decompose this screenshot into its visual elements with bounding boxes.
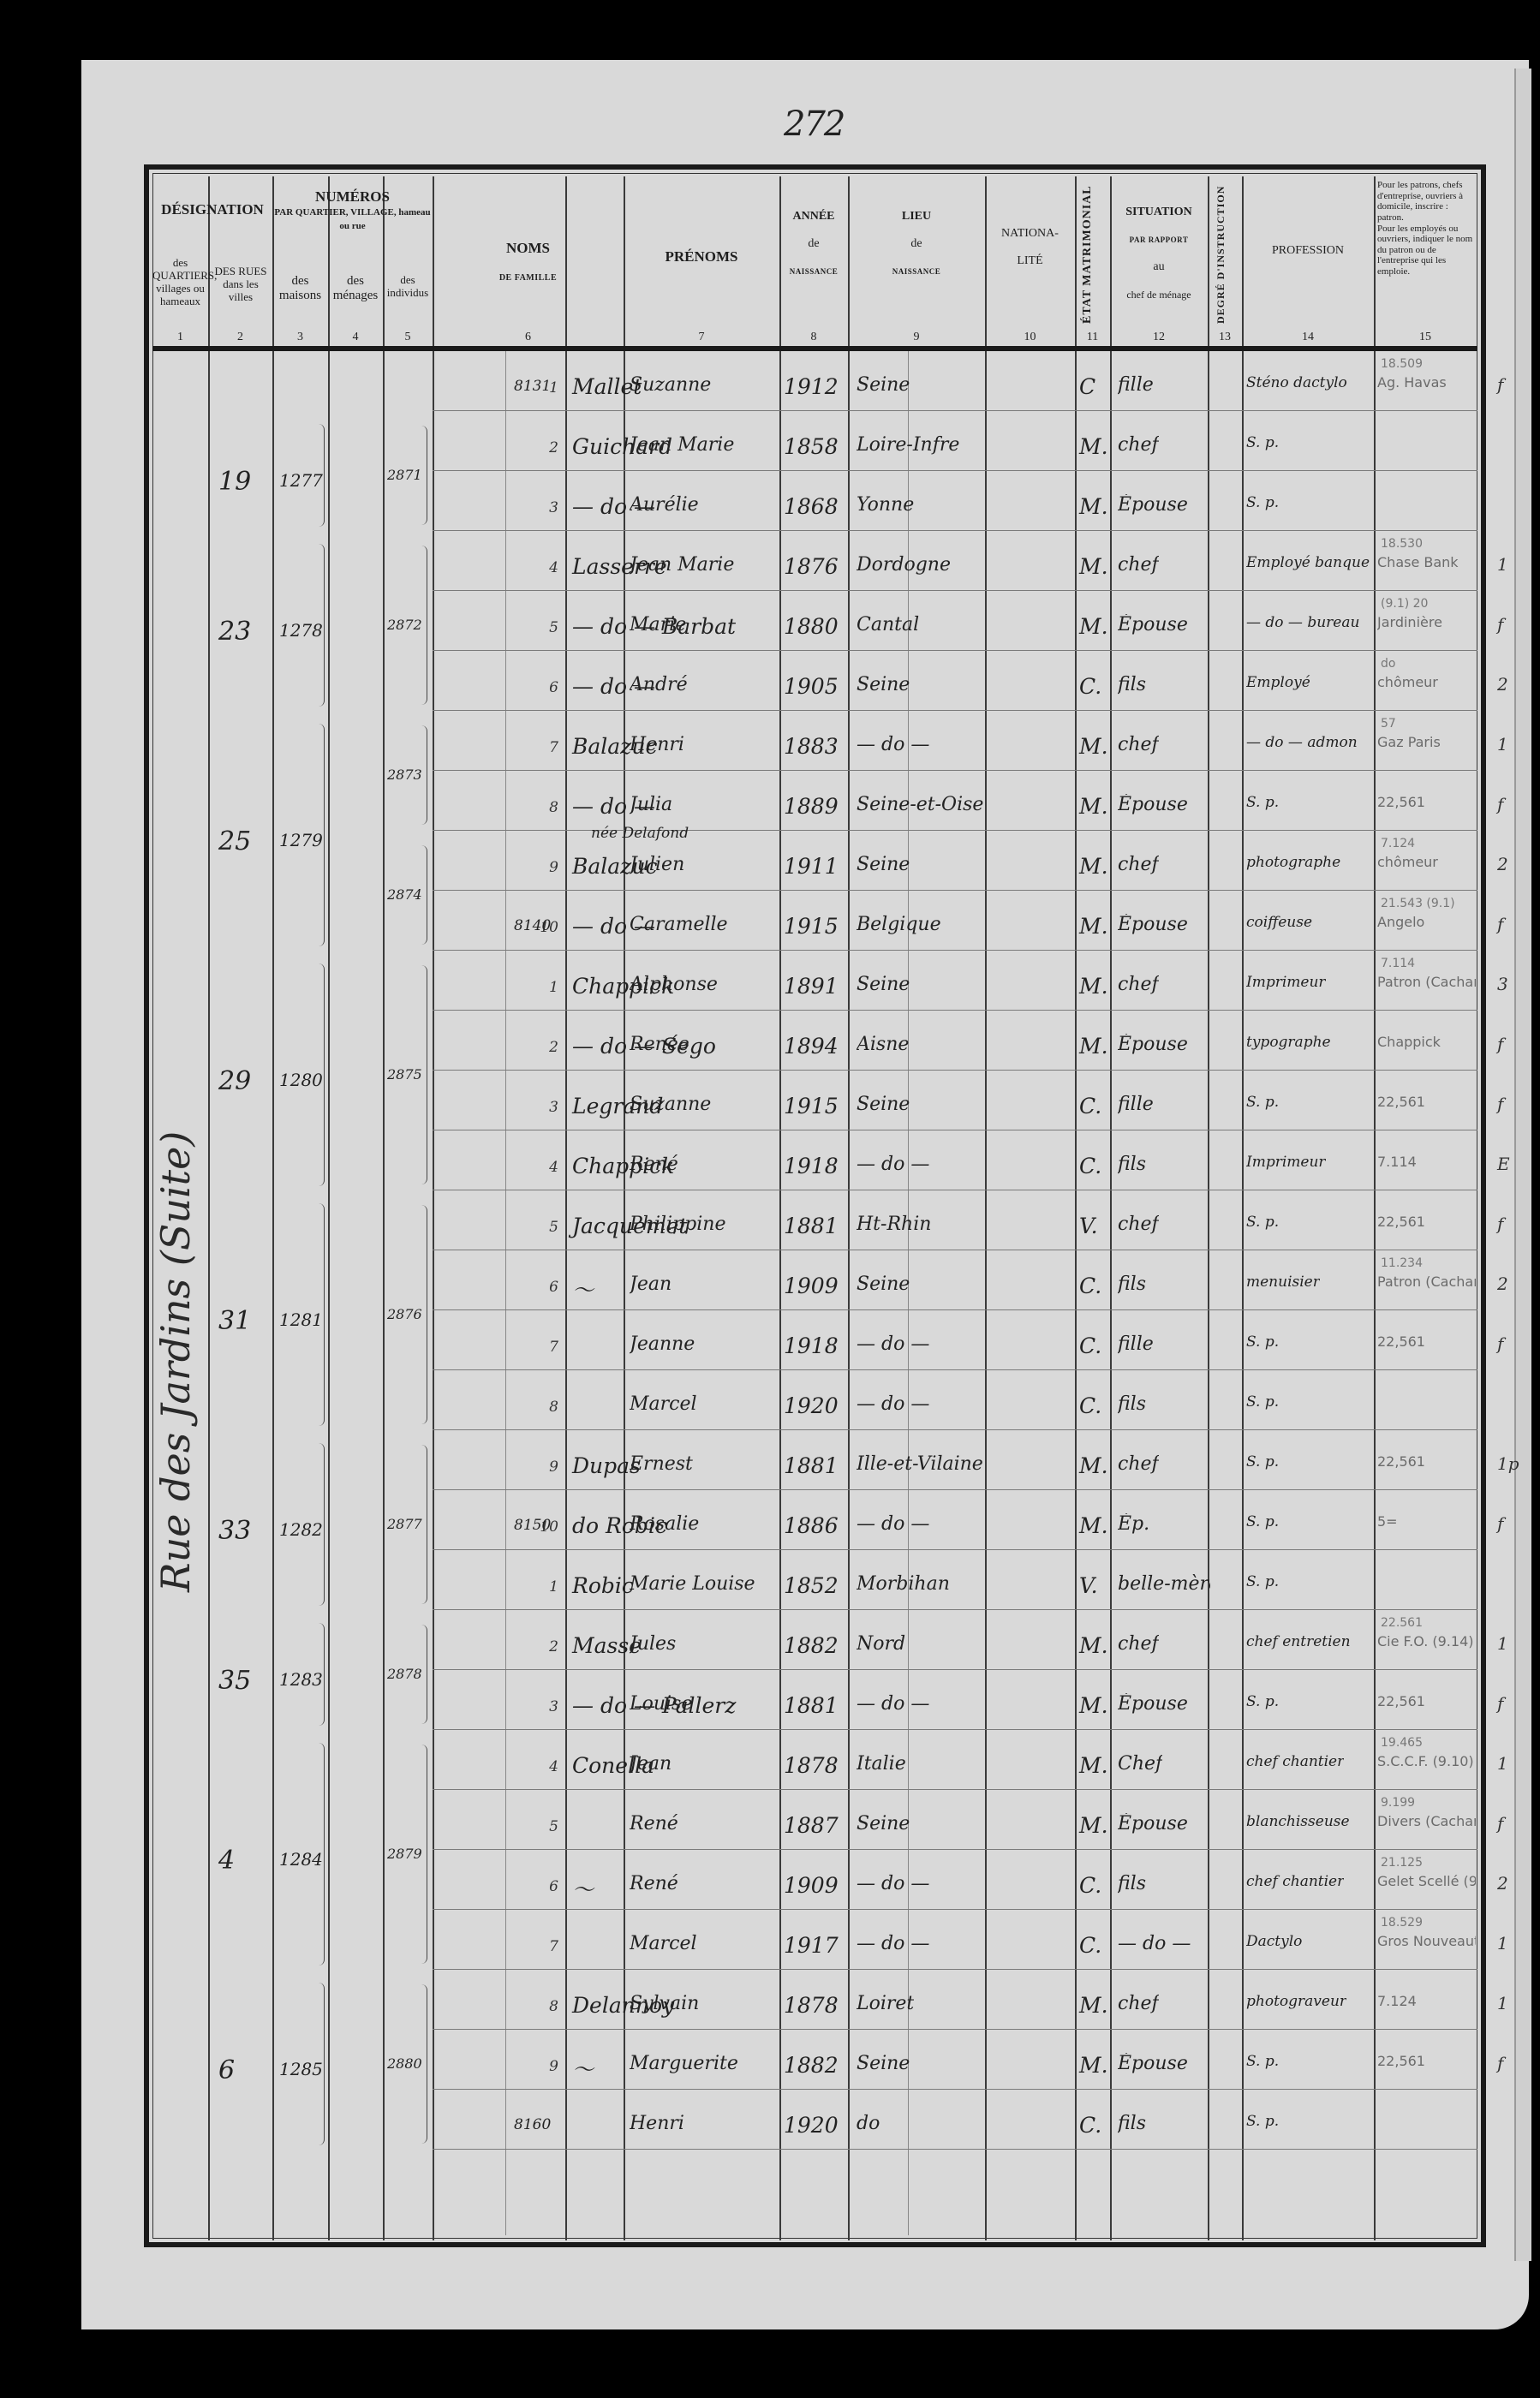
cell-nom: 〜 <box>572 1873 594 1904</box>
cell-situation: chef <box>1118 1214 1159 1235</box>
cell-lieu: — do — <box>857 734 929 755</box>
cell-prenom: Suzanne <box>630 374 711 396</box>
col-number: 10 <box>985 331 1075 344</box>
cell-situation: Épouse <box>1118 794 1188 815</box>
col-divider <box>1208 176 1209 2240</box>
cell-situation: chef <box>1118 1453 1159 1475</box>
cell-mark: 1p <box>1497 1453 1519 1474</box>
col-number: 3 <box>272 331 328 344</box>
cell-etat: C. <box>1079 1333 1101 1358</box>
cell-patron: Chase Bank <box>1377 554 1459 570</box>
house-number: 1281 <box>279 1309 323 1330</box>
cell-annee: 1909 <box>784 1873 839 1898</box>
cell-etat: C. <box>1079 1933 1101 1958</box>
household-number: 2872 <box>387 617 422 633</box>
row-rule <box>433 1369 1477 1370</box>
house-number: 1285 <box>279 2059 323 2079</box>
cell-mark: 1 <box>1497 1753 1508 1774</box>
col-number: 1 <box>152 331 208 344</box>
header-lieu: LIEUdeNAISSANCE <box>848 210 985 278</box>
household-number: 2873 <box>387 767 422 783</box>
cell-situation: chef <box>1118 974 1159 995</box>
col-divider <box>1242 176 1244 2240</box>
cell-lieu: Seine <box>857 374 910 396</box>
cell-situation: fils <box>1118 2113 1146 2134</box>
row-number: 5 <box>538 619 558 636</box>
household-number: 2880 <box>387 2055 422 2072</box>
cell-annee: 1887 <box>784 1813 839 1838</box>
house-brace <box>319 1203 325 1426</box>
cell-prenom: Jean <box>630 1753 672 1775</box>
cell-annee: 1917 <box>784 1933 839 1958</box>
cell-patron-code: 18.509 <box>1381 357 1423 371</box>
cell-patron: S.C.C.F. (9.10) <box>1377 1753 1474 1769</box>
cell-situation: Épouse <box>1118 1034 1188 1055</box>
cell-mark: 1 <box>1497 734 1508 755</box>
row-number: 7 <box>538 739 558 756</box>
row-number: 6 <box>538 1279 558 1296</box>
cell-annee: 1878 <box>784 1993 839 2018</box>
cell-prenom: René <box>630 1873 678 1894</box>
header-individus: des individus <box>383 274 433 300</box>
cell-situation: belle-mère <box>1118 1573 1210 1595</box>
cell-situation: chef <box>1118 554 1159 576</box>
street-number: 23 <box>218 617 251 647</box>
cell-mark: 2 <box>1497 1873 1508 1894</box>
cell-lieu: Ille-et-Vilaine <box>857 1453 983 1475</box>
household-number: 2879 <box>387 1846 422 1862</box>
row-rule <box>433 1609 1477 1610</box>
row-number: 5 <box>538 1219 558 1236</box>
cell-profession: S. p. <box>1246 1393 1279 1411</box>
cell-prenom: Caramelle <box>630 914 728 935</box>
cell-nom: Robic <box>572 1573 634 1598</box>
cell-etat: V. <box>1079 1214 1098 1238</box>
col-divider <box>565 176 567 2240</box>
cell-annee: 1918 <box>784 1154 839 1178</box>
col-divider <box>1374 176 1376 2240</box>
row-number: 9 <box>538 859 558 876</box>
row-number: 1 <box>538 1578 558 1596</box>
cell-profession: chef entretien <box>1246 1633 1351 1650</box>
house-brace <box>319 1623 325 1726</box>
cell-mark: f <box>1497 1214 1503 1234</box>
cell-situation: fils <box>1118 1274 1146 1295</box>
header-nationalite: NATIONA-LITÉ <box>985 227 1075 268</box>
cell-situation: fils <box>1118 1873 1146 1894</box>
row-rule <box>433 650 1477 651</box>
cell-lieu: Nord <box>857 1633 905 1655</box>
row-rule <box>433 1669 1477 1670</box>
cell-patron: 22,561 <box>1377 1453 1425 1470</box>
row-rule <box>433 770 1477 771</box>
row-rule <box>433 590 1477 591</box>
cell-lieu: — do — <box>857 1933 929 1954</box>
cell-lieu: — do — <box>857 1513 929 1535</box>
cell-mark: f <box>1497 794 1503 814</box>
cell-prenom: Aurélie <box>630 494 699 516</box>
col-number: 8 <box>779 331 848 344</box>
house-brace <box>319 424 325 527</box>
row-rule <box>433 2089 1477 2090</box>
cell-patron: Gelet Scellé (9.5) <box>1377 1873 1476 1889</box>
cell-prenom: Marguerite <box>630 2053 738 2074</box>
cell-annee: 1878 <box>784 1753 839 1778</box>
cell-lieu: Seine <box>857 1813 910 1834</box>
row-number: 9 <box>538 1458 558 1476</box>
household-brace <box>421 725 427 825</box>
cell-profession: coiffeuse <box>1246 914 1312 931</box>
house-number: 1283 <box>279 1669 323 1690</box>
cell-etat: M. <box>1079 1753 1108 1778</box>
cell-etat: M. <box>1079 794 1108 819</box>
cell-annee: 1918 <box>784 1333 839 1358</box>
col-number: 15 <box>1374 331 1477 344</box>
cell-lieu: Ht-Rhin <box>857 1214 931 1235</box>
col-number: 6 <box>433 331 624 344</box>
house-number: 1280 <box>279 1070 323 1090</box>
house-number: 1278 <box>279 620 323 641</box>
col-number: 7 <box>624 331 779 344</box>
cell-mark: 2 <box>1497 1274 1508 1294</box>
cell-lieu: Yonne <box>857 494 914 516</box>
cell-prenom: Sylvain <box>630 1993 699 2014</box>
row-number: 4 <box>538 559 558 576</box>
col-number: 12 <box>1110 331 1208 344</box>
cell-prenom: Louise <box>630 1693 692 1715</box>
cell-prenom: Marcel <box>630 1393 697 1415</box>
individual-number: 8160 <box>514 2116 551 2133</box>
cell-etat: C. <box>1079 1274 1101 1298</box>
cell-annee: 1911 <box>784 854 839 879</box>
street-name: Rue des Jardins (Suite) <box>152 993 212 1730</box>
house-number: 1284 <box>279 1849 323 1870</box>
cell-etat: C. <box>1079 2113 1101 2138</box>
cell-lieu: Seine <box>857 1094 910 1115</box>
cell-mark: f <box>1497 1513 1503 1534</box>
household-number: 2874 <box>387 886 422 903</box>
cell-etat: M. <box>1079 914 1108 939</box>
cell-etat: C. <box>1079 674 1101 699</box>
cell-annee: 1881 <box>784 1453 839 1478</box>
row-number: 3 <box>538 1099 558 1116</box>
street-number: 4 <box>218 1846 235 1876</box>
cell-annee: 1909 <box>784 1274 839 1298</box>
cell-profession: blanchisseuse <box>1246 1813 1350 1830</box>
house-brace <box>319 724 325 946</box>
household-number: 2875 <box>387 1066 422 1083</box>
row-rule <box>433 830 1477 831</box>
cell-prenom: Julia <box>630 794 672 815</box>
row-number: 4 <box>538 1758 558 1775</box>
cell-patron: 22,561 <box>1377 1333 1425 1350</box>
col-number: 4 <box>328 331 383 344</box>
cell-mark: f <box>1497 1333 1503 1354</box>
row-rule <box>433 530 1477 531</box>
cell-patron: 22,561 <box>1377 2053 1425 2069</box>
row-number: 6 <box>538 1878 558 1895</box>
cell-etat: V. <box>1079 1573 1098 1598</box>
household-brace <box>421 1625 427 1724</box>
row-rule <box>433 1250 1477 1250</box>
row-number: 5 <box>538 1818 558 1835</box>
household-number: 2878 <box>387 1666 422 1682</box>
cell-patron-code: 18.530 <box>1381 537 1423 551</box>
cell-etat: M. <box>1079 614 1108 639</box>
cell-patron-code: 19.465 <box>1381 1736 1423 1750</box>
street-number: 6 <box>218 2055 235 2085</box>
header-etat-matrimonial: ÉTAT MATRIMONIAL <box>1081 182 1095 327</box>
cell-prenom: René <box>630 1154 678 1175</box>
header-annee: ANNÉEdeNAISSANCE <box>779 210 848 278</box>
col-number: 14 <box>1242 331 1374 344</box>
col-divider <box>433 176 434 2240</box>
col-number: 13 <box>1208 331 1242 344</box>
cell-profession: photographe <box>1246 854 1340 871</box>
cell-profession: Employé banque <box>1246 554 1370 571</box>
cell-patron: 22,561 <box>1377 1094 1425 1110</box>
cell-situation: chef <box>1118 854 1159 875</box>
cell-prenom: Philippine <box>630 1214 725 1235</box>
cell-patron: 22,561 <box>1377 1693 1425 1709</box>
cell-profession: menuisier <box>1246 1274 1320 1291</box>
cell-lieu: Cantal <box>857 614 919 635</box>
guide-line <box>505 351 506 2235</box>
individual-number: 8150 <box>514 1517 551 1534</box>
cell-lieu: — do — <box>857 1333 929 1355</box>
cell-profession: Imprimeur <box>1246 974 1326 991</box>
cell-mark: f <box>1497 2053 1503 2073</box>
cell-patron: Gros Nouveautés (9.8) <box>1377 1933 1476 1949</box>
household-brace <box>421 1984 427 2144</box>
house-brace <box>319 1443 325 1606</box>
cell-situation: chef <box>1118 1993 1159 2014</box>
cell-profession: — do — bureau <box>1246 614 1359 631</box>
cell-mark: f <box>1497 1693 1503 1714</box>
row-number: 8 <box>538 1998 558 2015</box>
col-divider <box>1075 176 1077 2240</box>
household-brace <box>421 845 427 945</box>
cell-prenom: Henri <box>630 2113 684 2134</box>
cell-annee: 1883 <box>784 734 839 759</box>
row-rule <box>433 1549 1477 1550</box>
header-designation: DÉSIGNATION <box>152 201 272 218</box>
col-divider <box>779 176 781 2240</box>
cell-annee: 1889 <box>784 794 839 819</box>
row-number: 8 <box>538 1399 558 1416</box>
cell-mark: 3 <box>1497 974 1508 994</box>
cell-patron: Divers (Cachan) <box>1377 1813 1476 1829</box>
cell-profession: Dactylo <box>1246 1933 1302 1950</box>
cell-lieu: Seine <box>857 854 910 875</box>
street-number: 35 <box>218 1666 251 1696</box>
cell-profession: chef chantier <box>1246 1753 1344 1770</box>
house-number: 1282 <box>279 1519 323 1540</box>
cell-annee: 1886 <box>784 1513 839 1538</box>
cell-profession: Imprimeur <box>1246 1154 1326 1171</box>
row-rule <box>433 1729 1477 1730</box>
cell-situation: fils <box>1118 1393 1146 1415</box>
cell-prenom: Henri <box>630 734 684 755</box>
cell-etat: C. <box>1079 1393 1101 1418</box>
row-number: 7 <box>538 1938 558 1955</box>
cell-etat: C <box>1079 374 1095 399</box>
cell-patron-code: 11.234 <box>1381 1256 1423 1270</box>
house-brace <box>319 1983 325 2145</box>
row-rule <box>433 1789 1477 1790</box>
cell-patron-code: 21.125 <box>1381 1856 1423 1870</box>
cell-nom: 〜 <box>572 2053 594 2084</box>
cell-prenom: Julien <box>630 854 684 875</box>
household-brace <box>421 1745 427 1964</box>
cell-annee: 1912 <box>784 374 839 399</box>
row-rule <box>433 710 1477 711</box>
cell-lieu: Loiret <box>857 1993 914 2014</box>
cell-annee: 1868 <box>784 494 839 519</box>
col-divider <box>848 176 850 2240</box>
cell-etat: M. <box>1079 434 1108 459</box>
household-brace <box>421 546 427 705</box>
cell-patron: Chappick <box>1377 1034 1441 1050</box>
col-number: 5 <box>383 331 433 344</box>
house-brace <box>319 1743 325 1966</box>
cell-situation: Épouse <box>1118 914 1188 935</box>
header-prenoms: PRÉNOMS <box>624 248 779 265</box>
household-brace <box>421 1445 427 1604</box>
row-rule <box>433 1130 1477 1130</box>
cell-etat: M. <box>1079 734 1108 759</box>
col-divider <box>272 176 274 2240</box>
cell-prenom: Jean Marie <box>630 554 734 576</box>
cell-situation: Épouse <box>1118 1693 1188 1715</box>
cell-prenom: Rosalie <box>630 1513 699 1535</box>
cell-patron: Cie F.O. (9.14) <box>1377 1633 1474 1649</box>
row-number: 3 <box>538 499 558 516</box>
cell-patron: 7.124 <box>1377 1993 1417 2009</box>
row-number: 1 <box>538 979 558 996</box>
house-brace <box>319 544 325 707</box>
col-divider <box>383 176 385 2240</box>
col-divider <box>328 176 330 2240</box>
cell-profession: S. p. <box>1246 2053 1279 2070</box>
cell-annee: 1881 <box>784 1214 839 1238</box>
cell-prenom: René <box>630 1813 678 1834</box>
cell-patron-code: 22.561 <box>1381 1616 1423 1630</box>
cell-annee: 1882 <box>784 2053 839 2078</box>
header-profession: PROFESSION <box>1242 244 1374 258</box>
cell-profession: S. p. <box>1246 2113 1279 2130</box>
household-brace <box>421 965 427 1184</box>
cell-patron: Ag. Havas <box>1377 374 1447 391</box>
cell-profession: Employé <box>1246 674 1310 691</box>
col-divider <box>1110 176 1112 2240</box>
header-designation-quartiers: des QUARTIERS, villages ou hameaux <box>152 257 208 308</box>
cell-etat: M. <box>1079 1693 1108 1718</box>
cell-profession: S. p. <box>1246 1573 1279 1590</box>
cell-profession: S. p. <box>1246 1094 1279 1111</box>
row-rule <box>433 1010 1477 1011</box>
cell-mark: 1 <box>1497 1993 1508 2013</box>
cell-lieu: Italie <box>857 1753 906 1775</box>
cell-situation: — do — <box>1118 1933 1191 1954</box>
cell-situation: Épouse <box>1118 1813 1188 1834</box>
cell-lieu: — do — <box>857 1873 929 1894</box>
cell-mark: E <box>1497 1154 1510 1174</box>
cell-patron: Angelo <box>1377 914 1424 930</box>
cell-situation: Épouse <box>1118 614 1188 635</box>
row-number: 2 <box>538 1638 558 1655</box>
header-maisons: des maisons <box>272 274 328 304</box>
row-rule <box>433 1849 1477 1850</box>
header-noms: NOMSDE FAMILLE <box>433 240 624 284</box>
cell-situation: Épouse <box>1118 2053 1188 2074</box>
cell-etat: M. <box>1079 1633 1108 1658</box>
cell-mark: f <box>1497 1034 1503 1054</box>
cell-mark: 1 <box>1497 554 1508 575</box>
cell-lieu: Dordogne <box>857 554 951 576</box>
cell-lieu: Loire-Infre <box>857 434 959 456</box>
cell-mark: 1 <box>1497 1633 1508 1654</box>
row-rule <box>433 1070 1477 1071</box>
cell-patron-code: 7.124 <box>1381 837 1415 850</box>
cell-mark: 2 <box>1497 674 1508 695</box>
cell-situation: Épouse <box>1118 494 1188 516</box>
cell-lieu: Morbihan <box>857 1573 950 1595</box>
col-number: 11 <box>1075 331 1110 344</box>
cell-patron: Patron (Cachan) <box>1377 1274 1476 1290</box>
cell-patron: 22,561 <box>1377 794 1425 810</box>
cell-profession: S. p. <box>1246 794 1279 811</box>
cell-patron: 5= <box>1377 1513 1398 1530</box>
cell-lieu: Seine <box>857 2053 910 2074</box>
header-patron-instructions: Pour les patrons, chefs d'entreprise, ou… <box>1377 180 1475 277</box>
page-number: 272 <box>784 104 844 144</box>
row-rule <box>433 1489 1477 1490</box>
house-brace <box>319 963 325 1186</box>
cell-nom: 〜 <box>572 1274 594 1304</box>
row-rule <box>433 890 1477 891</box>
cell-etat: M. <box>1079 1034 1108 1059</box>
header-menages: des ménages <box>328 274 383 304</box>
cell-lieu: Seine-et-Oise <box>857 794 983 815</box>
cell-prenom: Jules <box>630 1633 676 1655</box>
cell-situation: fils <box>1118 674 1146 695</box>
header-numeros: NUMÉROS PAR QUARTIER, VILLAGE, hameau ou… <box>272 188 433 233</box>
cell-patron: chômeur <box>1377 854 1438 870</box>
col-number: 2 <box>208 331 272 344</box>
header-degre-instruction: DEGRÉ D'INSTRUCTION <box>1215 182 1227 327</box>
cell-prenom: Marcel <box>630 1933 697 1954</box>
cell-situation: chef <box>1118 734 1159 755</box>
cell-prenom: Ernest <box>630 1453 693 1475</box>
cell-profession: photograveur <box>1246 1993 1346 2010</box>
cell-profession: chef chantier <box>1246 1873 1344 1890</box>
cell-prenom: André <box>630 674 688 695</box>
household-brace <box>421 426 427 525</box>
cell-annee: 1920 <box>784 1393 839 1418</box>
row-rule <box>433 2149 1477 2150</box>
row-number: 4 <box>538 1159 558 1176</box>
cell-annee: 1858 <box>784 434 839 459</box>
cell-annee: 1876 <box>784 554 839 579</box>
row-rule <box>433 1309 1477 1310</box>
cell-prenom: Marie Louise <box>630 1573 755 1595</box>
cell-etat: M. <box>1079 1813 1108 1838</box>
street-number: 25 <box>218 826 251 856</box>
col-divider <box>624 176 625 2240</box>
cell-etat: M. <box>1079 1453 1108 1478</box>
table-frame-inner <box>152 173 1477 2239</box>
